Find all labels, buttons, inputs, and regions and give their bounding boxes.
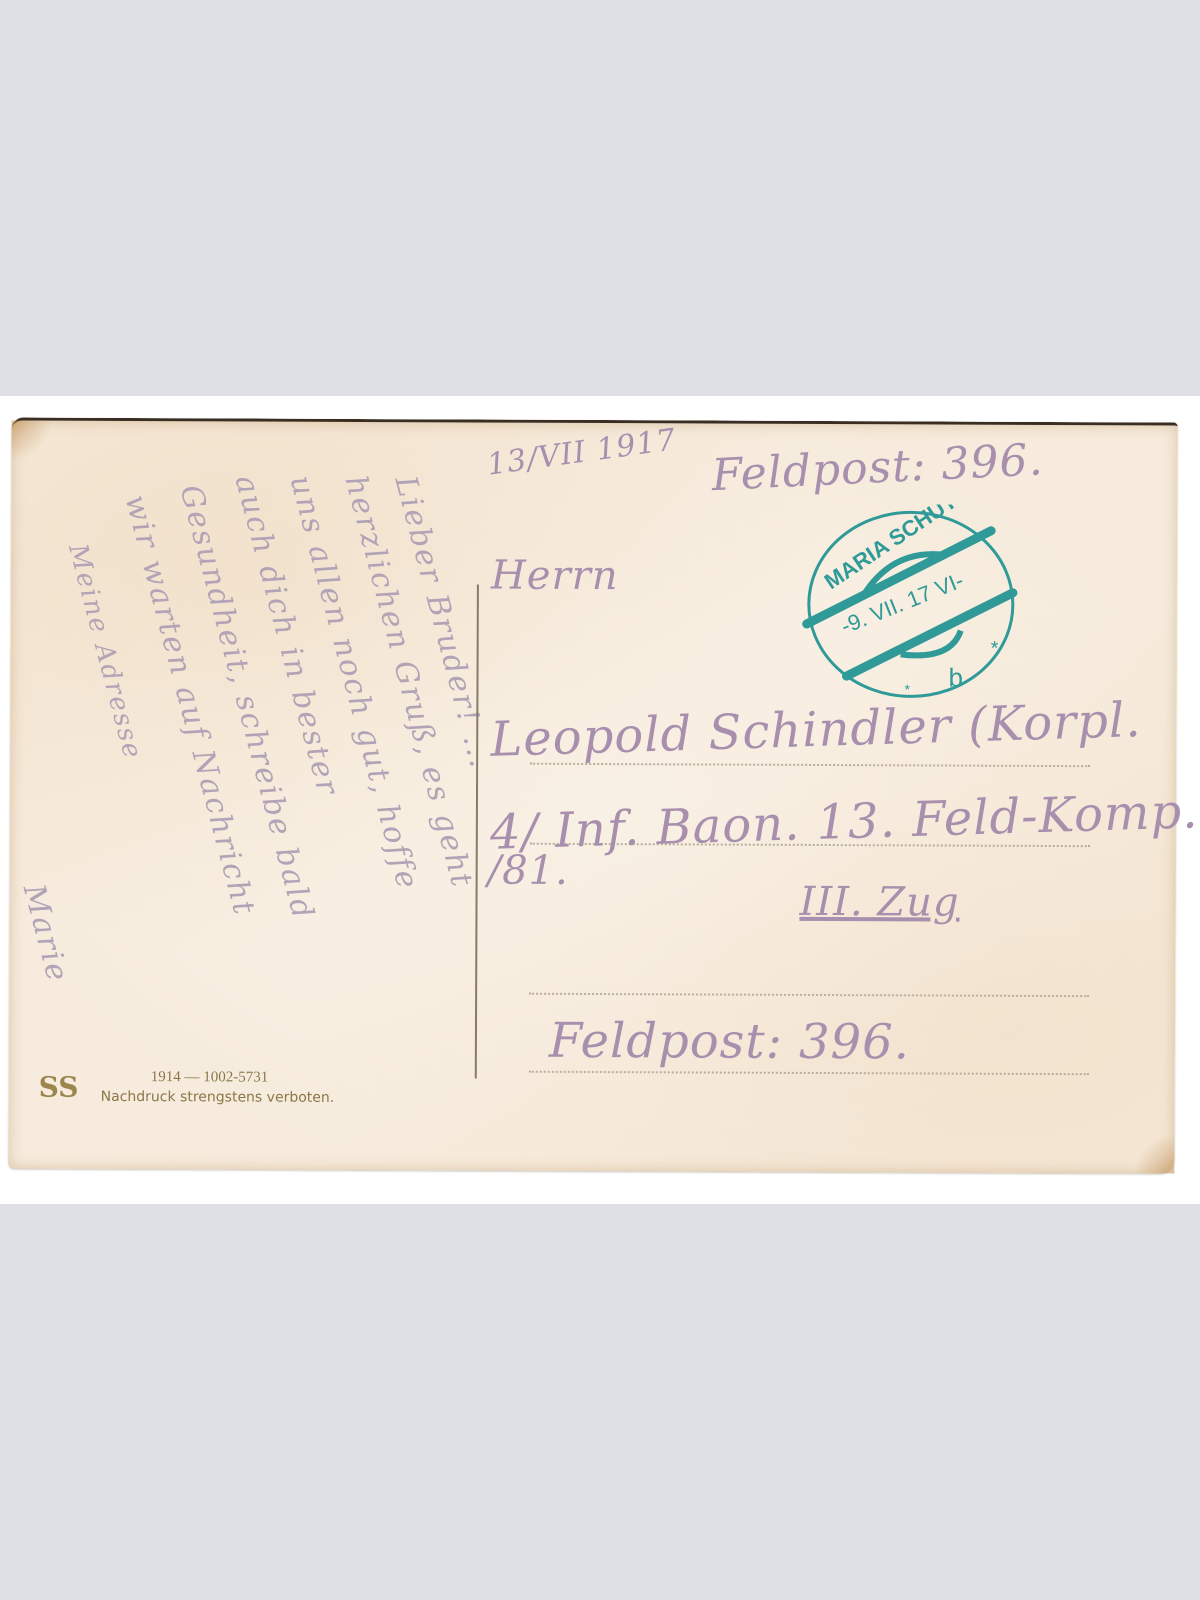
feldpost-top: Feldpost: 396.	[710, 434, 1044, 501]
scan-frame: Lieber Bruder! ... herzlichen Gruß, es g…	[0, 396, 1200, 1204]
postmark-icon: MARIA SCHUTZ -9. VII. 17 VI- b * *	[800, 504, 1021, 705]
postmark: MARIA SCHUTZ -9. VII. 17 VI- b * *	[800, 504, 1021, 705]
publisher-logo-icon: SS	[39, 1071, 79, 1104]
corner-wear	[11, 420, 51, 460]
svg-text:*: *	[991, 638, 999, 660]
divider-line	[475, 584, 479, 1078]
margin-note: Meine Adresse	[62, 541, 148, 763]
postcard: Lieber Bruder! ... herzlichen Gruß, es g…	[8, 417, 1177, 1173]
address-rule	[529, 993, 1089, 997]
signature: Marie	[16, 881, 75, 987]
recipient-unit-suffix: /81.	[488, 848, 569, 894]
postmark-letter: b	[948, 663, 963, 693]
message-area: Lieber Bruder! ... herzlichen Gruß, es g…	[39, 461, 472, 1103]
svg-text:*: *	[904, 681, 910, 697]
salutation: Herrn	[491, 553, 619, 600]
corner-wear	[1134, 1133, 1174, 1173]
recipient-unit: 4/ Inf. Baon. 13. Feld-Komp.	[489, 783, 1199, 861]
recipient-platoon: III. Zug	[799, 879, 959, 926]
imprint-code: 1914 — 1002-5731	[151, 1069, 269, 1087]
imprint-notice: Nachdruck strengstens verboten.	[101, 1089, 335, 1106]
address-rule	[529, 1071, 1089, 1075]
date-written: 13/VII 1917	[485, 422, 679, 482]
recipient-feldpost: Feldpost: 396.	[549, 1013, 910, 1071]
